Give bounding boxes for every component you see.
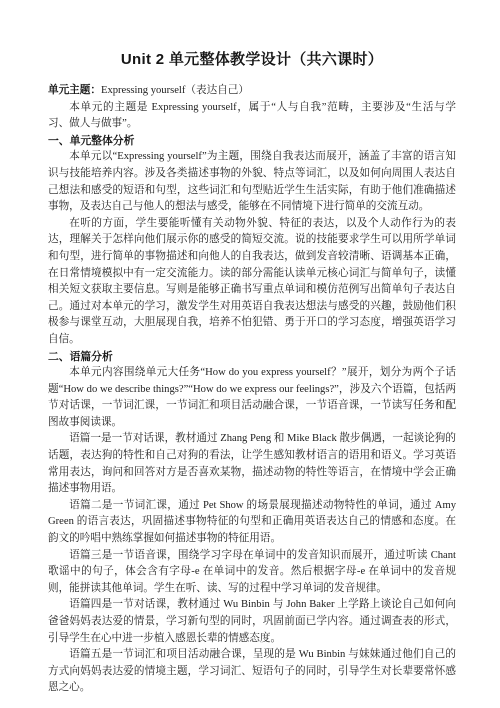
document-page: Unit 2 单元整体教学设计（共六课时） 单元主题：Expressing yo…: [0, 0, 500, 708]
section-2-heading: 二、语篇分析: [48, 349, 456, 366]
section-2-paragraph-4: 语篇三是一节语音课，围绕学习字母在单词中的发音知识而展开，通过听读 Chant …: [48, 548, 456, 598]
section-2-paragraph-3: 语篇二是一节词汇课，通过 Pet Show 的场景展现描述动物特性的单词，通过 …: [48, 498, 456, 548]
intro-paragraph: 本单元的主题是 Expressing yourself，属于“人与自我”范畴，主…: [48, 100, 456, 133]
section-2-paragraph-2: 语篇一是一节对话课，教材通过 Zhang Peng 和 Mike Black 散…: [48, 431, 456, 497]
unit-theme-value: Expressing yourself（表达自己）: [101, 85, 249, 96]
document-title: Unit 2 单元整体教学设计（共六课时）: [48, 50, 456, 70]
section-1-paragraph-1: 本单元以“Expressing yourself”为主题，围绕自我表达而展开，涵…: [48, 149, 456, 215]
unit-theme-label: 单元主题：: [48, 84, 101, 96]
section-1-heading: 一、单元整体分析: [48, 133, 456, 150]
section-2-paragraph-5: 语篇四是一节对话课，教材通过 Wu Binbin 与 John Baker 上学…: [48, 597, 456, 647]
section-2-paragraph-1: 本单元内容围绕单元大任务“How do you express yourself…: [48, 365, 456, 431]
section-1-paragraph-2: 在听的方面，学生要能听懂有关动物外貌、特征的表达，以及个人动作行为的表达，理解关…: [48, 216, 456, 349]
unit-theme-line: 单元主题：Expressing yourself（表达自己）: [48, 82, 456, 100]
section-2-paragraph-6: 语篇五是一节词汇和项目活动融合课，呈现的是 Wu Binbin 与妹妹通过他们自…: [48, 647, 456, 697]
